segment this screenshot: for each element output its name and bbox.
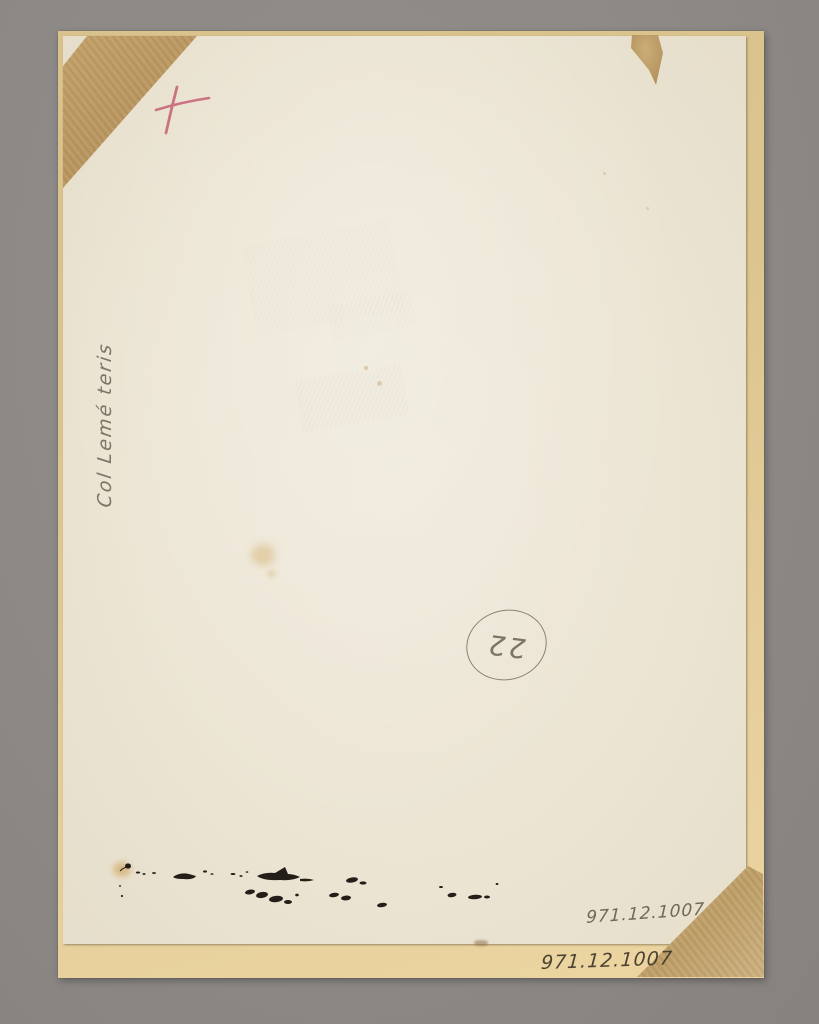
crayon-cross-mark: [156, 87, 209, 133]
vertical-pencil-inscription: Col Lemé teris: [92, 308, 118, 541]
ink-smudges: [119, 863, 499, 907]
marks-overlay: [0, 0, 819, 1024]
accession-number-on-board: 971.12.1007: [540, 948, 657, 974]
circled-number: 22: [486, 624, 526, 665]
photo-backdrop: Col Lemé teris 22 971.12.1007 971.12.100…: [0, 0, 819, 1024]
